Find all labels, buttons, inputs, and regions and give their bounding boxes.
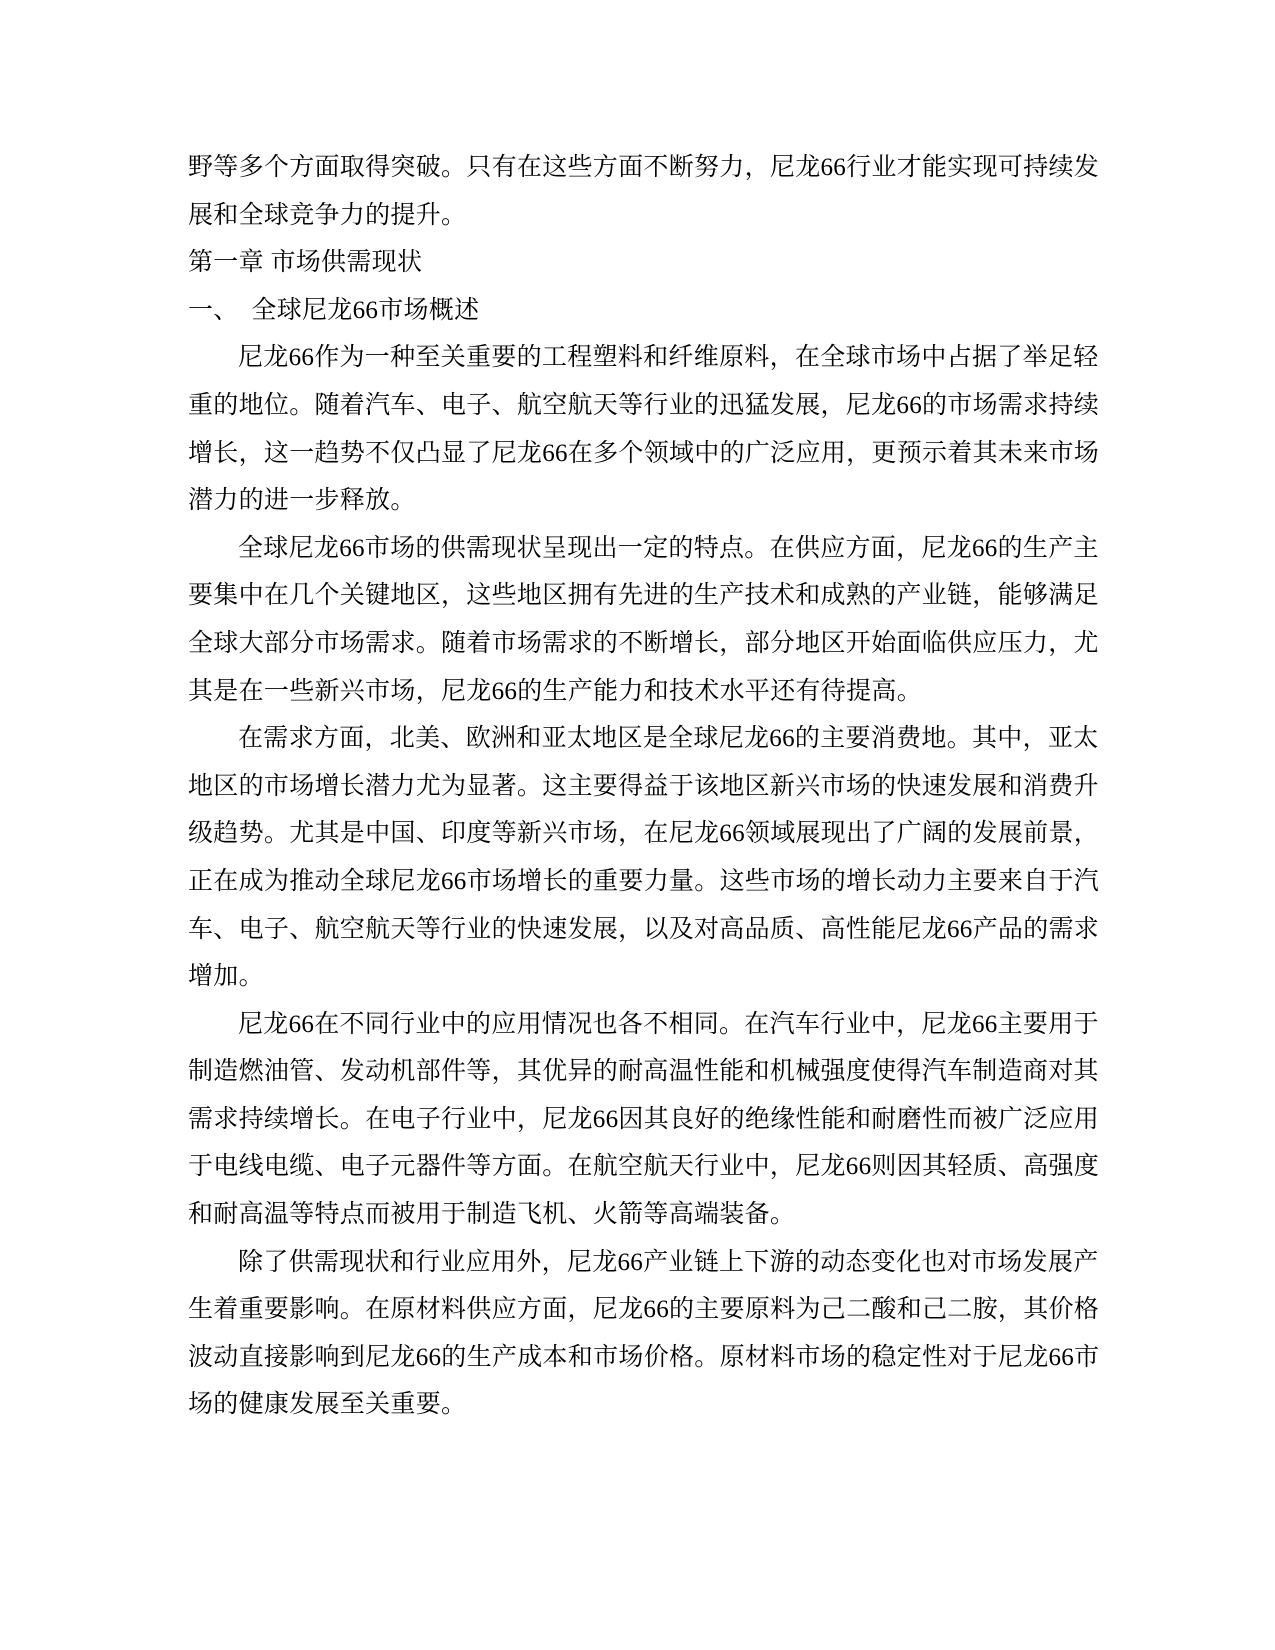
text-line: 要集中在几个关键地区，这些地区拥有先进的生产技术和成熟的产业链，能够满足: [188, 572, 1090, 620]
text-line: 全球尼龙66市场的供需现状呈现出一定的特点。在供应方面，尼龙66的生产主: [188, 525, 1090, 573]
paragraph-body: 尼龙66在不同行业中的应用情况也各不相同。在汽车行业中，尼龙66主要用于制造燃油…: [188, 1001, 1090, 1239]
text-line: 增长，这一趋势不仅凸显了尼龙66在多个领域中的广泛应用，更预示着其未来市场: [188, 430, 1090, 478]
text-line: 重的地位。随着汽车、电子、航空航天等行业的迅猛发展，尼龙66的市场需求持续: [188, 382, 1090, 430]
text-line: 全球大部分市场需求。随着市场需求的不断增长，部分地区开始面临供应压力，尤: [188, 620, 1090, 668]
paragraph-chapter-heading: 第一章 市场供需现状: [188, 239, 1090, 287]
paragraph-body: 除了供需现状和行业应用外，尼龙66产业链上下游的动态变化也对市场发展产生着重要影…: [188, 1239, 1090, 1429]
text-line: 正在成为推动全球尼龙66市场增长的重要力量。这些市场的增长动力主要来自于汽: [188, 858, 1090, 906]
text-line: 展和全球竞争力的提升。: [188, 192, 1090, 240]
paragraph-body: 在需求方面，北美、欧洲和亚太地区是全球尼龙66的主要消费地。其中，亚太地区的市场…: [188, 715, 1090, 1001]
document-page: 野等多个方面取得突破。只有在这些方面不断努力，尼龙66行业才能实现可持续发展和全…: [0, 0, 1275, 1650]
text-line: 尼龙66作为一种至关重要的工程塑料和纤维原料，在全球市场中占据了举足轻: [188, 334, 1090, 382]
text-line: 级趋势。尤其是中国、印度等新兴市场，在尼龙66领域展现出了广阔的发展前景，: [188, 810, 1090, 858]
paragraph-section-heading: 一、 全球尼龙66市场概述: [188, 287, 1090, 335]
text-line: 生着重要影响。在原材料供应方面，尼龙66的主要原料为己二酸和己二胺，其价格: [188, 1286, 1090, 1334]
text-line: 于电线电缆、电子元器件等方面。在航空航天行业中，尼龙66则因其轻质、高强度: [188, 1143, 1090, 1191]
text-line: 野等多个方面取得突破。只有在这些方面不断努力，尼龙66行业才能实现可持续发: [188, 144, 1090, 192]
document-body: 野等多个方面取得突破。只有在这些方面不断努力，尼龙66行业才能实现可持续发展和全…: [188, 144, 1090, 1429]
text-line: 增加。: [188, 953, 1090, 1001]
text-line: 潜力的进一步释放。: [188, 477, 1090, 525]
text-line: 地区的市场增长潜力尤为显著。这主要得益于该地区新兴市场的快速发展和消费升: [188, 763, 1090, 811]
paragraph-body: 全球尼龙66市场的供需现状呈现出一定的特点。在供应方面，尼龙66的生产主要集中在…: [188, 525, 1090, 715]
paragraph-body: 尼龙66作为一种至关重要的工程塑料和纤维原料，在全球市场中占据了举足轻重的地位。…: [188, 334, 1090, 524]
text-line: 尼龙66在不同行业中的应用情况也各不相同。在汽车行业中，尼龙66主要用于: [188, 1001, 1090, 1049]
text-line: 车、电子、航空航天等行业的快速发展，以及对高品质、高性能尼龙66产品的需求: [188, 906, 1090, 954]
text-line: 波动直接影响到尼龙66的生产成本和市场价格。原材料市场的稳定性对于尼龙66市: [188, 1334, 1090, 1382]
text-line: 第一章 市场供需现状: [188, 239, 1090, 287]
text-line: 除了供需现状和行业应用外，尼龙66产业链上下游的动态变化也对市场发展产: [188, 1239, 1090, 1287]
text-line: 和耐高温等特点而被用于制造飞机、火箭等高端装备。: [188, 1191, 1090, 1239]
text-line: 其是在一些新兴市场，尼龙66的生产能力和技术水平还有待提高。: [188, 668, 1090, 716]
text-line: 在需求方面，北美、欧洲和亚太地区是全球尼龙66的主要消费地。其中，亚太: [188, 715, 1090, 763]
paragraph-body-continuation: 野等多个方面取得突破。只有在这些方面不断努力，尼龙66行业才能实现可持续发展和全…: [188, 144, 1090, 239]
text-line: 制造燃油管、发动机部件等，其优异的耐高温性能和机械强度使得汽车制造商对其: [188, 1048, 1090, 1096]
text-line: 场的健康发展至关重要。: [188, 1381, 1090, 1429]
text-line: 需求持续增长。在电子行业中，尼龙66因其良好的绝缘性能和耐磨性而被广泛应用: [188, 1096, 1090, 1144]
text-line: 一、 全球尼龙66市场概述: [188, 287, 1090, 335]
